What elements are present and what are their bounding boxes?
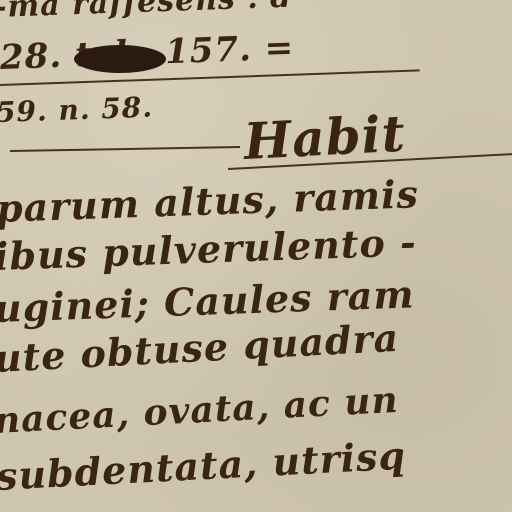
text-line-10: subdentata, utrisq <box>0 433 407 499</box>
text-line-1: -ma raffesens . d <box>0 0 293 25</box>
text-line-3: 59. n. 58. <box>0 91 154 129</box>
ink-blot <box>74 45 166 73</box>
text-line-9: nacea, ovata, ac un <box>0 379 400 442</box>
underline-rule-2 <box>10 146 240 152</box>
